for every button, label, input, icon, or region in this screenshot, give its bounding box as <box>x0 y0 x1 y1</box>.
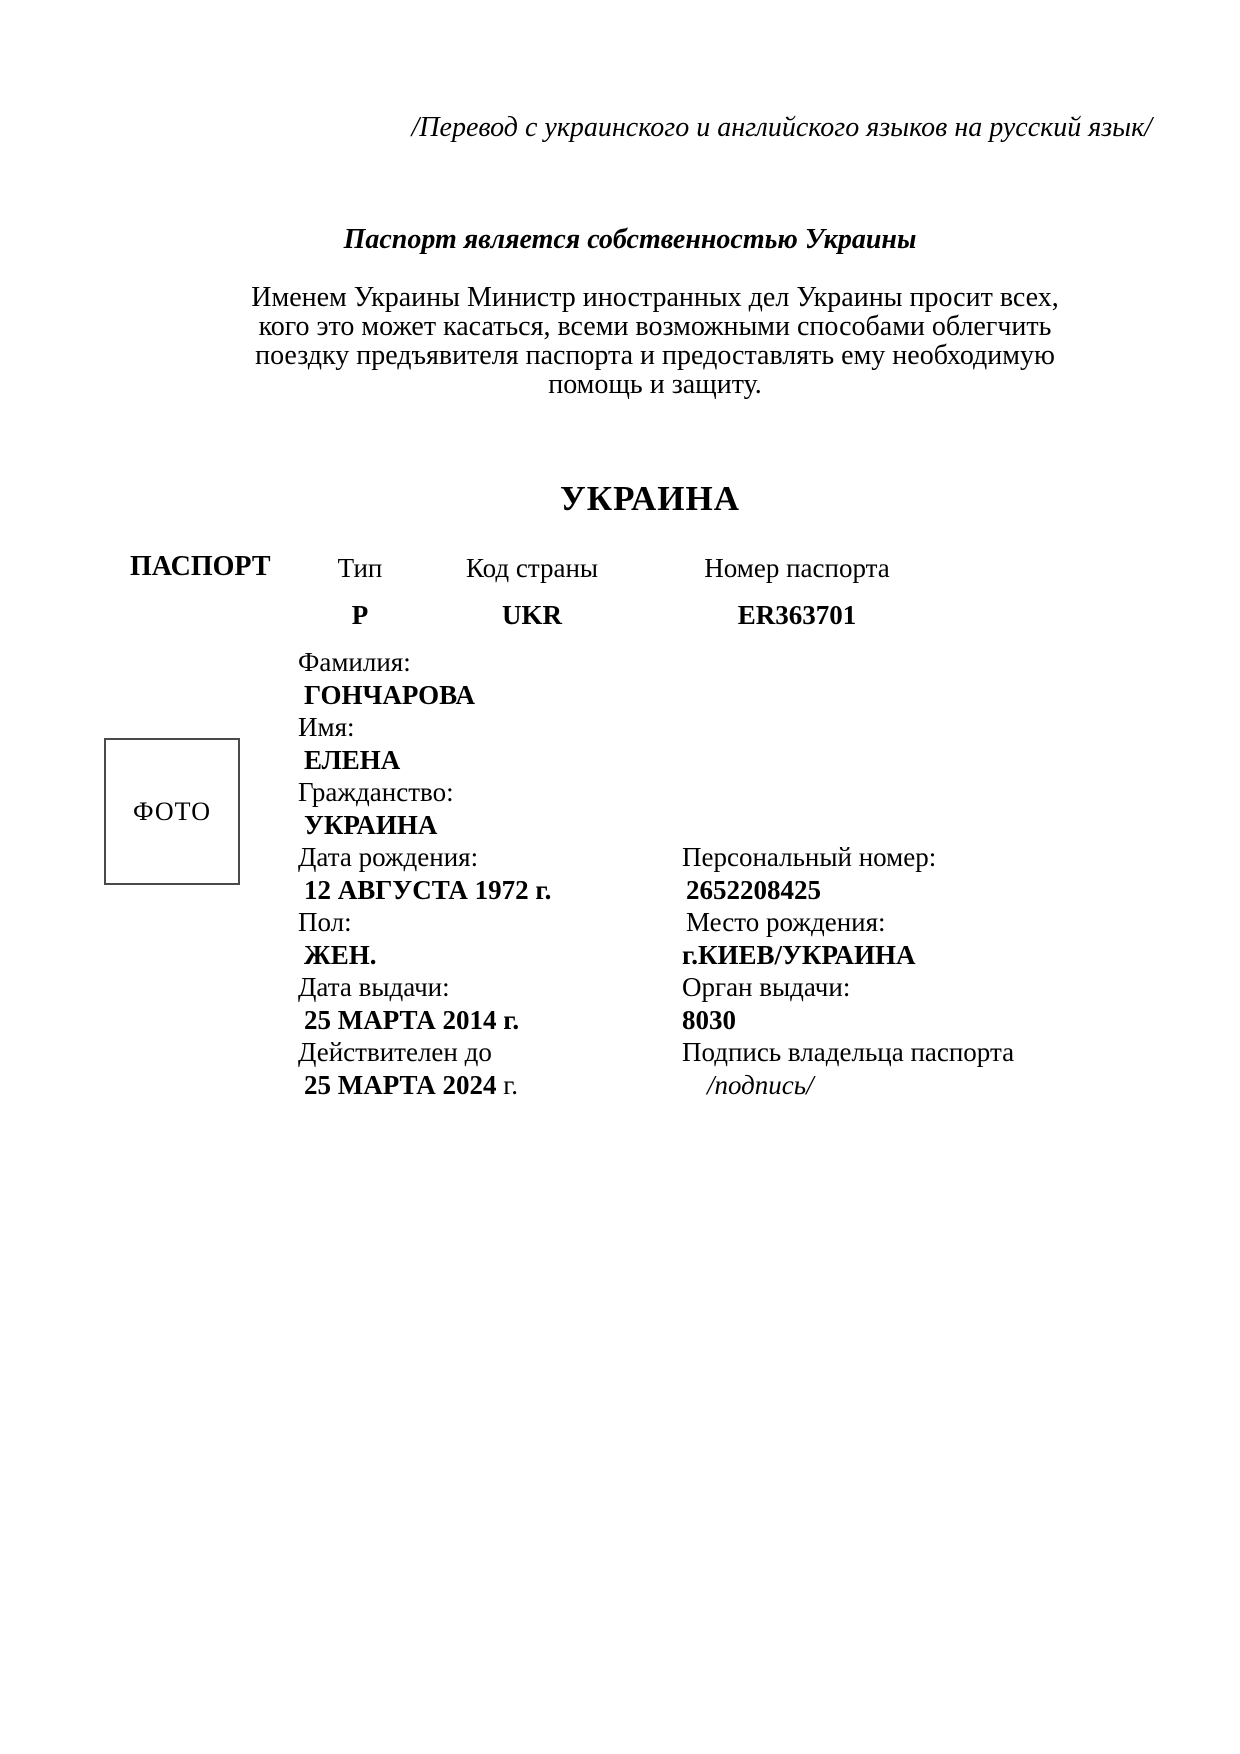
header-col-type-value: P <box>300 600 420 631</box>
field-label-given-name: Имя: <box>298 712 355 743</box>
passport-word: ПАСПОРТ <box>130 551 271 583</box>
header-col-type-label: Тип <box>300 553 420 584</box>
field-value-personal-number: 2652208425 <box>686 875 821 906</box>
ownership-title: Паспорт является собственностью Украины <box>10 224 1240 256</box>
field-label-issuing-authority: Орган выдачи: <box>682 972 850 1003</box>
header-col-country-code-value: UKR <box>452 600 612 631</box>
field-value-expiry-date: 25 МАРТА 2024 г. <box>304 1070 518 1101</box>
field-value-birth-date: 12 АВГУСТА 1972 г. <box>304 875 551 906</box>
translator-note: /Перевод с украинского и английского язы… <box>0 112 1152 144</box>
field-label-issue-date: Дата выдачи: <box>298 972 450 1003</box>
field-label-signature: Подпись владельца паспорта <box>682 1037 1014 1068</box>
header-col-country-code-label: Код страны <box>452 553 612 584</box>
field-value-given-name: ЕЛЕНА <box>304 745 400 776</box>
field-label-surname: Фамилия: <box>298 647 411 678</box>
field-value-sex: ЖЕН. <box>304 940 376 971</box>
header-col-type: Тип P <box>300 553 420 631</box>
field-label-personal-number: Персональный номер: <box>682 842 936 873</box>
field-value-citizenship: УКРАИНА <box>304 810 437 841</box>
preamble-text: Именем Украины Министр иностранных дел У… <box>240 283 1070 399</box>
header-col-passport-number-value: ER363701 <box>697 600 897 631</box>
header-col-passport-number: Номер паспорта ER363701 <box>697 553 897 631</box>
field-label-birth-place: Место рождения: <box>686 907 886 938</box>
field-value-issue-date: 25 МАРТА 2014 г. <box>304 1005 519 1036</box>
photo-box: ФОТО <box>104 738 240 885</box>
country-title: УКРАИНА <box>30 479 1240 519</box>
field-value-issuing-authority: 8030 <box>682 1005 736 1036</box>
photo-placeholder-label: ФОТО <box>133 797 211 827</box>
field-value-signature: /подпись/ <box>707 1070 814 1101</box>
header-col-country-code: Код страны UKR <box>452 553 612 631</box>
field-value-birth-place: г.КИЕВ/УКРАИНА <box>682 940 916 971</box>
passport-translation-page: /Перевод с украинского и английского язы… <box>0 0 1240 1754</box>
field-label-sex: Пол: <box>298 907 352 938</box>
header-col-passport-number-label: Номер паспорта <box>697 553 897 584</box>
field-label-expiry-date: Действителен до <box>298 1037 492 1068</box>
field-label-citizenship: Гражданство: <box>298 777 454 808</box>
field-value-surname: ГОНЧАРОВА <box>304 680 475 711</box>
field-label-birth-date: Дата рождения: <box>298 842 478 873</box>
